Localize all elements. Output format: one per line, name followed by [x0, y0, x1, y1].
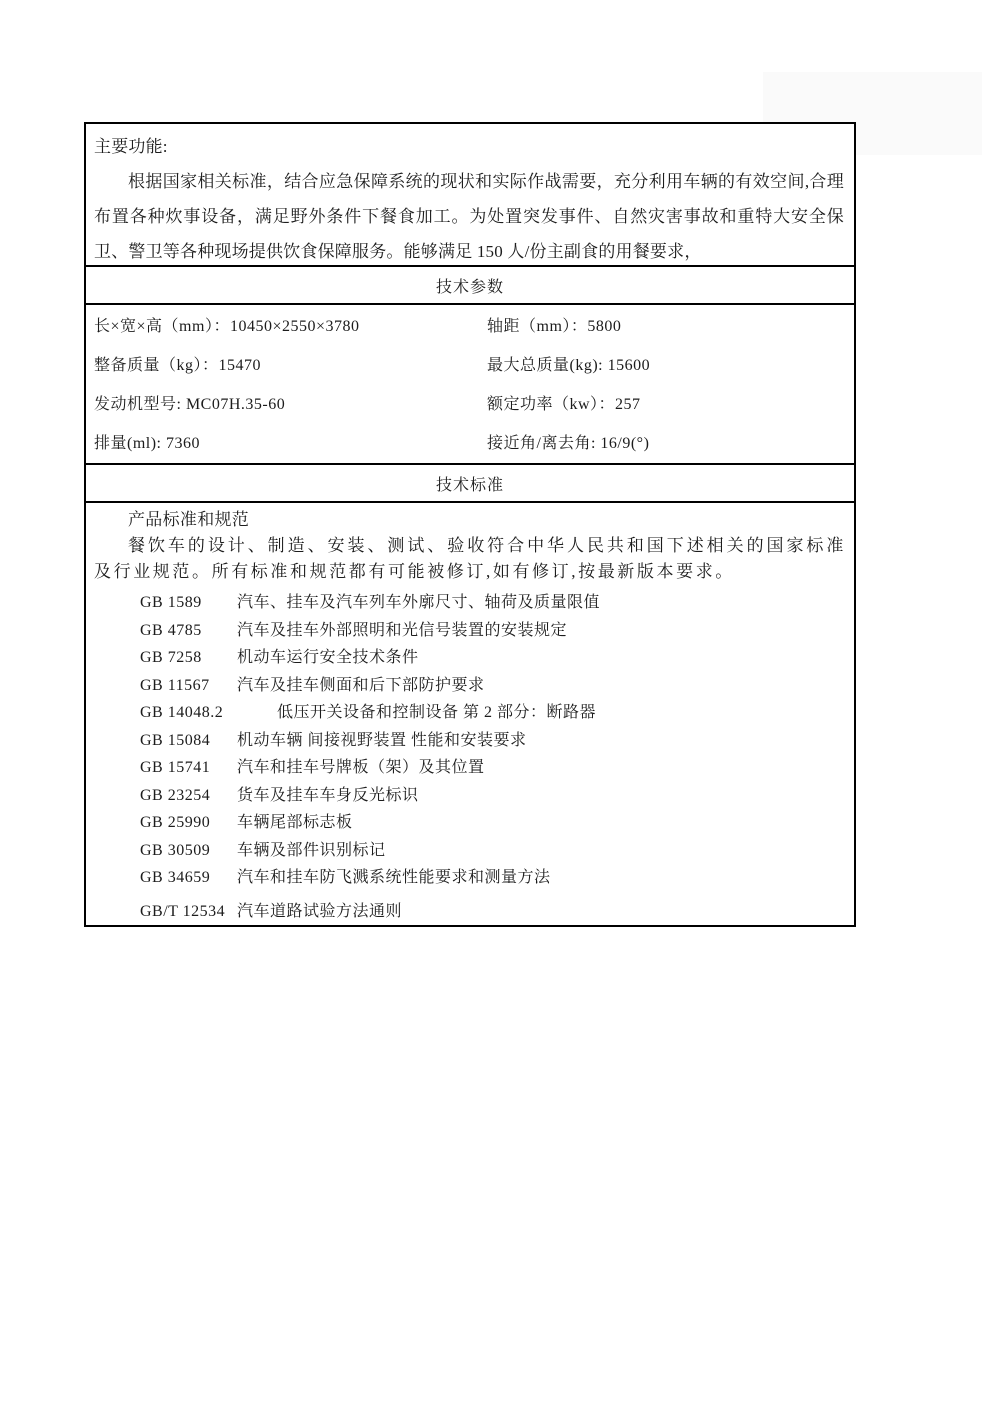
standard-item: GB 14048.2低压开关设备和控制设备 第 2 部分：断路器 [140, 699, 846, 727]
standard-code: GB 4785 [140, 617, 237, 645]
standard-title: 机动车运行安全技术条件 [237, 649, 419, 666]
standard-code: GB 25990 [140, 809, 237, 837]
param-rated-power: 额定功率（kw）：257 [487, 385, 846, 424]
param-angles: 接近角/离去角: 16/9(°) [487, 424, 846, 463]
standard-item: GB 11567汽车及挂车侧面和后下部防护要求 [140, 672, 846, 700]
standard-code: GB/T 12534 [140, 898, 237, 924]
standard-item: GB 30509车辆及部件识别标记 [140, 837, 846, 865]
standard-title: 汽车和挂车号牌板（架）及其位置 [237, 759, 485, 776]
standard-code: GB 15741 [140, 754, 237, 782]
standard-code: GB 34659 [140, 864, 237, 892]
param-row: 排量(ml): 7360 接近角/离去角: 16/9(°) [94, 424, 846, 463]
standard-title: 低压开关设备和控制设备 第 2 部分：断路器 [277, 704, 596, 721]
standards-list: GB 1589汽车、挂车及汽车列车外廓尺寸、轴荷及质量限值 GB 4785汽车及… [94, 589, 846, 923]
spec-table: 主要功能: 根据国家相关标准，结合应急保障系统的现状和实际作战需要，充分利用车辆… [84, 122, 856, 927]
standard-item: GB 25990车辆尾部标志板 [140, 809, 846, 837]
standard-title: 机动车辆 间接视野装置 性能和安装要求 [237, 732, 527, 749]
tech-standards-cell: 产品标准和规范 餐饮车的设计、制造、安装、测试、验收符合中华人民共和国下述相关的… [86, 503, 854, 923]
tech-params-header-cell: 技术参数 [86, 265, 854, 305]
standard-item: GB 7258机动车运行安全技术条件 [140, 644, 846, 672]
param-row: 整备质量（kg）：15470 最大总质量(kg): 15600 [94, 346, 846, 385]
tech-params-cell: 长×宽×高（mm）：10450×2550×3780 轴距（mm）：5800 整备… [86, 305, 854, 463]
tech-standards-header: 技术标准 [436, 472, 504, 495]
param-row: 长×宽×高（mm）：10450×2550×3780 轴距（mm）：5800 [94, 307, 846, 346]
standard-code: GB 7258 [140, 644, 237, 672]
param-max-mass: 最大总质量(kg): 15600 [487, 346, 846, 385]
standard-item: GB 34659汽车和挂车防飞溅系统性能要求和测量方法 [140, 864, 846, 892]
standard-item: GB 4785汽车及挂车外部照明和光信号装置的安装规定 [140, 617, 846, 645]
standards-section-title: 产品标准和规范 [94, 507, 846, 533]
standard-title: 汽车及挂车外部照明和光信号装置的安装规定 [237, 622, 567, 639]
param-dimensions: 长×宽×高（mm）：10450×2550×3780 [94, 307, 487, 346]
param-wheelbase: 轴距（mm）：5800 [487, 307, 846, 346]
param-displacement: 排量(ml): 7360 [94, 424, 487, 463]
standard-code: GB 15084 [140, 727, 237, 755]
tech-params-header: 技术参数 [436, 274, 504, 297]
standard-item: GB 1589汽车、挂车及汽车列车外廓尺寸、轴荷及质量限值 [140, 589, 846, 617]
main-function-cell: 主要功能: 根据国家相关标准，结合应急保障系统的现状和实际作战需要，充分利用车辆… [86, 124, 854, 265]
standard-title: 货车及挂车车身反光标识 [237, 787, 419, 804]
standard-title: 汽车及挂车侧面和后下部防护要求 [237, 677, 485, 694]
standard-code: GB 30509 [140, 837, 237, 865]
standard-title: 车辆尾部标志板 [237, 814, 353, 831]
standard-item: GB 15741汽车和挂车号牌板（架）及其位置 [140, 754, 846, 782]
tech-standards-header-cell: 技术标准 [86, 463, 854, 503]
standard-code: GB 1589 [140, 589, 237, 617]
standard-title: 汽车和挂车防飞溅系统性能要求和测量方法 [237, 869, 551, 886]
param-row: 发动机型号: MC07H.35-60 额定功率（kw）：257 [94, 385, 846, 424]
main-function-paragraph: 根据国家相关标准，结合应急保障系统的现状和实际作战需要，充分利用车辆的有效空间,… [94, 164, 844, 269]
standard-item: GB 23254货车及挂车车身反光标识 [140, 782, 846, 810]
standard-code: GB 11567 [140, 672, 237, 700]
param-engine-model: 发动机型号: MC07H.35-60 [94, 385, 487, 424]
standard-item: GB/T 12534汽车道路试验方法通则 [140, 898, 846, 924]
standard-title: 汽车、挂车及汽车列车外廓尺寸、轴荷及质量限值 [237, 594, 600, 611]
standards-intro-paragraph: 餐饮车的设计、制造、安装、测试、验收符合中华人民共和国下述相关的国家标准及行业规… [94, 533, 846, 585]
standard-code: GB 14048.2 [140, 699, 277, 727]
main-function-label: 主要功能: [94, 129, 844, 164]
standard-title: 车辆及部件识别标记 [237, 842, 386, 859]
standard-item: GB 15084机动车辆 间接视野装置 性能和安装要求 [140, 727, 846, 755]
standard-title: 汽车道路试验方法通则 [237, 903, 402, 920]
standard-code: GB 23254 [140, 782, 237, 810]
param-curb-mass: 整备质量（kg）：15470 [94, 346, 487, 385]
document-page: 主要功能: 根据国家相关标准，结合应急保障系统的现状和实际作战需要，充分利用车辆… [0, 0, 992, 1403]
